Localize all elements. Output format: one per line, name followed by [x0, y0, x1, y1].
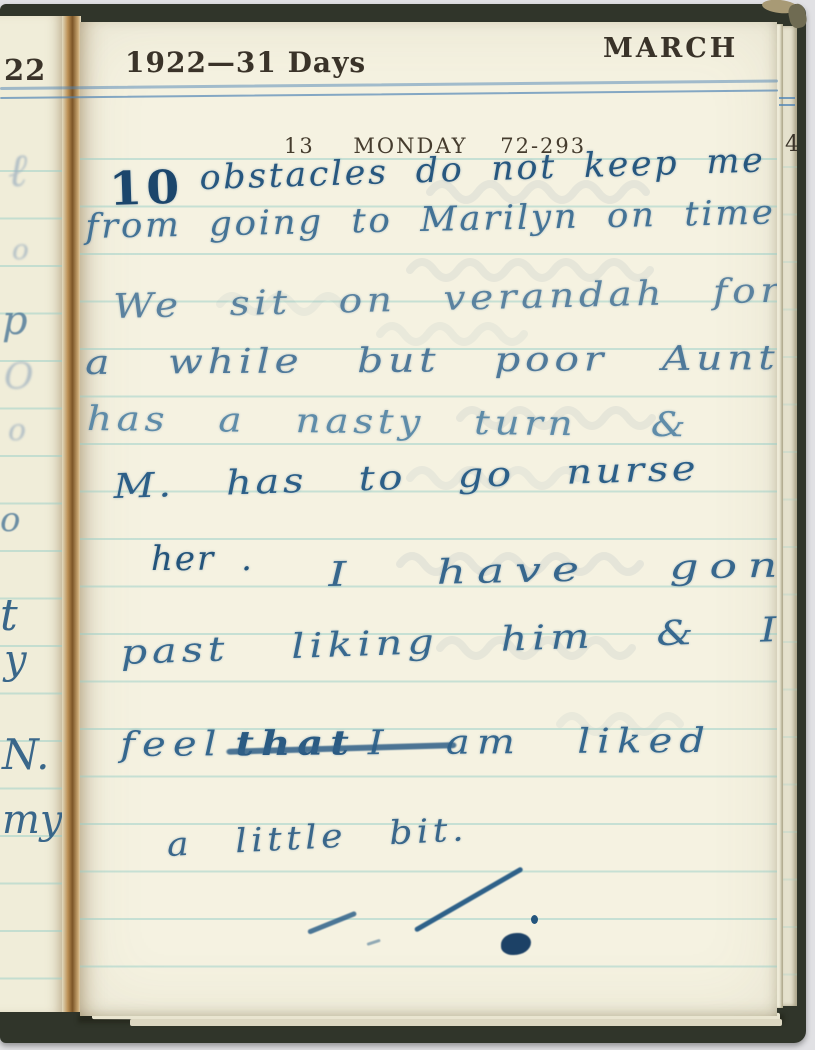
entry-line: feelthatI am liked	[120, 724, 712, 764]
entry-line: past liking him & I	[120, 613, 777, 672]
entry-line: a little bit.	[166, 812, 469, 862]
entry-line: from going to Marilyn on time	[85, 196, 776, 246]
handwriting-fragment: O	[4, 357, 34, 398]
entry-line: 10obstacles do not keep me	[108, 131, 766, 200]
struck-out-word: that	[235, 723, 356, 764]
handwriting-fragment: N.	[2, 730, 49, 779]
handwriting-fragment: o	[12, 233, 29, 266]
handwriting-fragment: ℓ	[8, 143, 27, 197]
handwriting-fragment: my	[2, 797, 63, 843]
diary-page: 1922—31 Days MARCH 13 MONDAY 72-293 10ob…	[80, 22, 777, 1016]
next-page-edge: 4	[783, 26, 797, 1006]
entry-line: has a nasty turn&	[87, 402, 691, 444]
entry-line: a while but poor Aunt T	[85, 341, 777, 382]
flourish-stroke	[307, 911, 357, 935]
handwriting-fragment: y	[4, 637, 27, 683]
flourish-stroke	[414, 866, 524, 932]
ruled-lines	[783, 166, 797, 986]
entry-line: We sit on verandah for	[113, 274, 777, 326]
page-gutter	[62, 16, 81, 1012]
entry-line: I have gone	[328, 548, 777, 594]
left-page-edge: 22 ℓ o p O o o t y N. my	[0, 16, 64, 1012]
entry-line: M. has to go nurse	[113, 452, 700, 506]
diary-entry: 10obstacles do not keep me from going to…	[80, 22, 777, 1016]
diary-photograph: 22 ℓ o p O o o t y N. my 1922—31	[0, 0, 815, 1050]
handwriting-fragment: o	[0, 500, 20, 540]
left-page-year-fragment: 22	[4, 53, 46, 87]
ink-blot	[501, 933, 531, 955]
handwriting-fragment: o	[8, 413, 26, 448]
ruled-lines	[0, 170, 64, 998]
handwriting-fragment: p	[2, 298, 28, 344]
next-page-number-fragment: 4	[785, 132, 797, 157]
ink-speck	[367, 939, 381, 946]
ink-dot	[531, 915, 538, 924]
handwriting-fragment: t	[0, 590, 18, 641]
bottom-page-edge	[130, 1019, 782, 1026]
entry-line: her .	[151, 542, 254, 578]
